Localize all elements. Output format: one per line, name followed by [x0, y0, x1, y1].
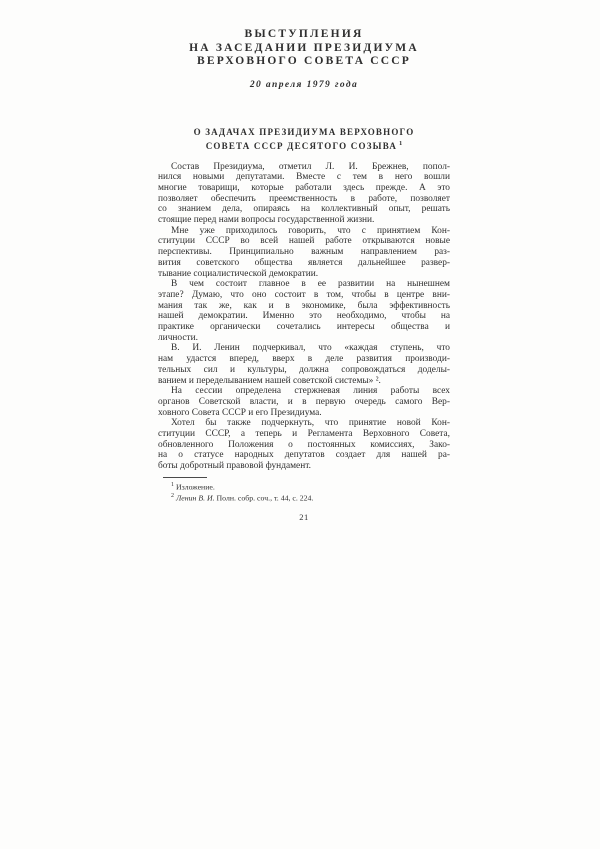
footnote: 2Ленин В. И. Полн. собр. соч., т. 44, с.… [158, 492, 450, 503]
text-line: личности. [158, 333, 450, 344]
text-line: ституции СССР во всей нашей работе откры… [158, 236, 450, 247]
footnote-source: Полн. собр. соч., т. 44, с. 224. [217, 494, 314, 503]
text-line: на о статусе народных депутатов создает … [158, 450, 450, 461]
text-line: В. И. Ленин подчеркивал, что «каждая сту… [158, 343, 450, 354]
document-title: ВЫСТУПЛЕНИЯ НА ЗАСЕДАНИИ ПРЕЗИДИУМА ВЕРХ… [158, 28, 450, 69]
text-line: Хотел бы также подчеркнуть, что принятие… [158, 418, 450, 429]
publication-date: 20 апреля 1979 года [158, 80, 450, 90]
text-line: тывание социалистической демократии. [158, 269, 450, 280]
text-line: позволяет обеспечить преемственность в р… [158, 194, 450, 205]
paragraph: Хотел бы также подчеркнуть, что принятие… [158, 418, 450, 472]
text-line: многие товарищи, которые работали здесь … [158, 183, 450, 194]
text-line: нам удастся вперед, вверх в деле развити… [158, 354, 450, 365]
footnote-separator [163, 477, 207, 478]
text-line: ховного Совета СССР и его Президиума. [158, 408, 450, 419]
footnote-author: Ленин В. И. [176, 494, 215, 503]
book-page: ВЫСТУПЛЕНИЯ НА ЗАСЕДАНИИ ПРЕЗИДИУМА ВЕРХ… [0, 0, 600, 849]
title-line: ВЫСТУПЛЕНИЯ [158, 28, 450, 42]
heading-footnote-ref: 1 [399, 140, 402, 147]
footnote-ref: 2 [171, 493, 174, 499]
title-line: НА ЗАСЕДАНИИ ПРЕЗИДИУМА [158, 42, 450, 56]
text-line: ванием и переделыванием нашей советской … [158, 376, 450, 387]
footnotes: 1Изложение. 2Ленин В. И. Полн. собр. соч… [158, 481, 450, 503]
text-line: вития советского общества является дальн… [158, 258, 450, 269]
text-line: стоящие перед нами вопросы государственн… [158, 215, 450, 226]
text-line: практике органически сочетались интересы… [158, 322, 450, 333]
text-line: ституции СССР, а теперь и Регламента Вер… [158, 429, 450, 440]
text-line: перспективы. Принципиально важным направ… [158, 247, 450, 258]
text-line: Состав Президиума, отметил Л. И. Брежнев… [158, 162, 450, 173]
footnote: 1Изложение. [158, 481, 450, 492]
text-line: Мне уже приходилось говорить, что с прин… [158, 226, 450, 237]
paragraph: Состав Президиума, отметил Л. И. Брежнев… [158, 162, 450, 226]
text-line: этапе? Думаю, что оно состоит в том, что… [158, 290, 450, 301]
text-line: органов Советской власти, и в первую оче… [158, 397, 450, 408]
section-heading-line: СОВЕТА СССР ДЕСЯТОГО СОЗЫВА [206, 141, 397, 151]
footnote-ref: 1 [171, 482, 174, 488]
page-content: ВЫСТУПЛЕНИЯ НА ЗАСЕДАНИИ ПРЕЗИДИУМА ВЕРХ… [158, 28, 450, 522]
section-heading: О ЗАДАЧАХ ПРЕЗИДИУМА ВЕРХОВНОГО СОВЕТА С… [158, 126, 450, 152]
text-line: обновленного Положения о постоянных коми… [158, 440, 450, 451]
title-line: ВЕРХОВНОГО СОВЕТА СССР [158, 55, 450, 69]
paragraph: В чем состоит главное в ее развитии на н… [158, 279, 450, 343]
text-line: мания так же, как и в экономике, была эф… [158, 301, 450, 312]
text-line: со знанием дела, опираясь на коллективны… [158, 204, 450, 215]
text-line: тельных сил и культуры, должна сопровожд… [158, 365, 450, 376]
text-line: боты добротный правовой фундамент. [158, 461, 450, 472]
text-line: На сессии определена стержневая линия ра… [158, 386, 450, 397]
page-number: 21 [158, 512, 450, 522]
section-heading-line: О ЗАДАЧАХ ПРЕЗИДИУМА ВЕРХОВНОГО [194, 127, 415, 137]
paragraph: Мне уже приходилось говорить, что с прин… [158, 226, 450, 280]
footnote-text: Изложение. [176, 482, 215, 491]
body-text: Состав Президиума, отметил Л. И. Брежнев… [158, 162, 450, 472]
text-line: нашей демократии. Именно это необходимо,… [158, 311, 450, 322]
paragraph: На сессии определена стержневая линия ра… [158, 386, 450, 418]
text-line: В чем состоит главное в ее развитии на н… [158, 279, 450, 290]
paragraph: В. И. Ленин подчеркивал, что «каждая сту… [158, 343, 450, 386]
text-line: нился новыми депутатами. Вместе с тем в … [158, 172, 450, 183]
